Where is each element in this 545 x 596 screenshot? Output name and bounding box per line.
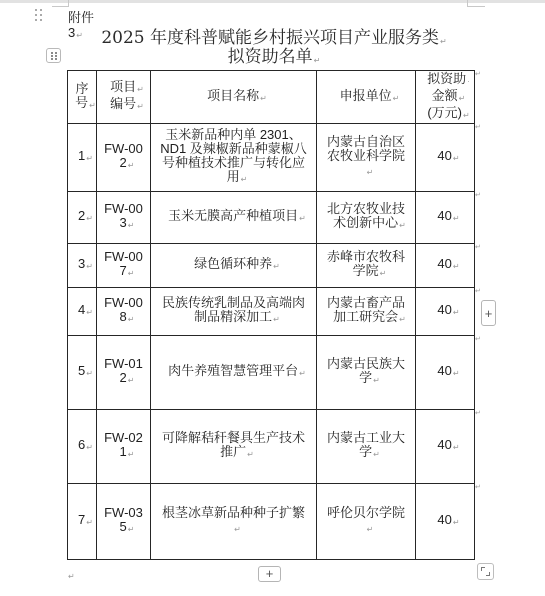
row-end-mark-icon: ↵ bbox=[475, 410, 481, 418]
table-row: 7↵ FW-035↵ 根茎冰草新品种种子扩繁↵ 呼伦贝尔学院↵ 40↵ bbox=[68, 484, 475, 560]
row-end-mark-icon: ↵ bbox=[475, 192, 481, 200]
row-end-mark-icon: ↵ bbox=[475, 484, 481, 492]
cell-name[interactable]: 可降解秸秆餐具生产技术推广↵ bbox=[151, 410, 317, 484]
cell-amount[interactable]: 40↵ bbox=[416, 192, 475, 244]
cell-seq[interactable]: 4↵ bbox=[68, 288, 97, 336]
table-row: 1↵ FW-002↵ 玉米新品种内单 2301、ND1 及辣椒新品种蒙椒八号种植… bbox=[68, 124, 475, 192]
paragraph-mark-icon: ↵ bbox=[373, 376, 380, 385]
paragraph-mark-icon: ↵ bbox=[128, 269, 135, 278]
cell-amount[interactable]: 40↵ bbox=[416, 410, 475, 484]
paragraph-mark-icon: ↵ bbox=[128, 315, 135, 324]
cell-seq[interactable]: 6↵ bbox=[68, 410, 97, 484]
cell-amount[interactable]: 40↵ bbox=[416, 484, 475, 560]
paragraph-mark-icon: ↵ bbox=[86, 308, 93, 317]
paragraph-mark-icon: ↵ bbox=[453, 369, 460, 378]
paragraph-mark-icon: ↵ bbox=[128, 221, 135, 230]
table-resize-handle-icon[interactable] bbox=[477, 563, 494, 580]
paragraph-mark-icon: ↵ bbox=[234, 525, 241, 534]
paragraph-mark-icon: ↵ bbox=[241, 175, 248, 184]
header-amount[interactable]: 拟资助·金额↵(万元)↵ bbox=[416, 71, 475, 124]
cell-amount[interactable]: 40↵ bbox=[416, 244, 475, 288]
cell-seq[interactable]: 7↵ bbox=[68, 484, 97, 560]
cell-unit[interactable]: 北方农牧业技术创新中心↵ bbox=[317, 192, 416, 244]
paragraph-mark-icon: ↵ bbox=[367, 168, 374, 177]
header-unit[interactable]: 申报单位↵ bbox=[317, 71, 416, 124]
paragraph-mark-icon: ↵ bbox=[273, 315, 280, 324]
paragraph-mark-icon: ↵ bbox=[273, 262, 280, 271]
paragraph-mark-icon: ↵ bbox=[453, 214, 460, 223]
cell-name[interactable]: 绿色循环种养↵ bbox=[151, 244, 317, 288]
cell-code[interactable]: FW-012↵ bbox=[97, 336, 151, 410]
table-row: 5↵ FW-012↵ 肉牛养殖智慧管理平台↵ 内蒙古民族大学↵ 40↵ bbox=[68, 336, 475, 410]
cell-code[interactable]: FW-002↵ bbox=[97, 124, 151, 192]
margin-corner-mark-left bbox=[52, 0, 69, 7]
paragraph-mark-icon: ↵ bbox=[399, 315, 406, 324]
cell-amount[interactable]: 40↵ bbox=[416, 336, 475, 410]
paragraph-mark-icon: ↵ bbox=[68, 572, 75, 581]
page-top-edge bbox=[0, 0, 545, 3]
title-text: 2025 年度科普赋能乡村振兴项目产业服务类 bbox=[101, 28, 439, 48]
plus-icon: + bbox=[266, 567, 274, 581]
paragraph-mark-icon: ↵ bbox=[399, 221, 406, 230]
paragraph-mark-icon: ↵ bbox=[373, 450, 380, 459]
cell-unit[interactable]: 内蒙古民族大学↵ bbox=[317, 336, 416, 410]
block-drag-handle-icon[interactable] bbox=[35, 9, 44, 23]
row-end-mark-icon: ↵ bbox=[475, 288, 481, 296]
paragraph-mark-icon: ↵ bbox=[128, 525, 135, 534]
table-row: 6↵ FW-021↵ 可降解秸秆餐具生产技术推广↵ 内蒙古工业大学↵ 40↵ bbox=[68, 410, 475, 484]
cell-seq[interactable]: 3↵ bbox=[68, 244, 97, 288]
paragraph-mark-icon: ↵ bbox=[453, 308, 460, 317]
add-row-button[interactable]: + bbox=[258, 566, 281, 582]
cell-seq[interactable]: 5↵ bbox=[68, 336, 97, 410]
space-mark-icon: · bbox=[467, 77, 470, 86]
table-row: 4↵ FW-008↵ 民族传统乳制品及高端肉制品精深加工↵ 内蒙古畜产品加工研究… bbox=[68, 288, 475, 336]
paragraph-mark-icon: ↵ bbox=[86, 262, 93, 271]
paragraph-mark-icon: ↵ bbox=[86, 369, 93, 378]
paragraph-mark-icon: ↵ bbox=[453, 262, 460, 271]
cell-amount[interactable]: 40↵ bbox=[416, 288, 475, 336]
paragraph-mark-icon: ↵ bbox=[260, 94, 267, 103]
paragraph-mark-icon: ↵ bbox=[137, 102, 144, 111]
paragraph-mark-icon: ↵ bbox=[453, 443, 460, 452]
paragraph-mark-icon: ↵ bbox=[393, 94, 400, 103]
cell-code[interactable]: FW-007↵ bbox=[97, 244, 151, 288]
cell-unit[interactable]: 赤峰市农牧科学院↵ bbox=[317, 244, 416, 288]
header-seq[interactable]: 序号↵ bbox=[68, 71, 97, 124]
table-row: 2↵ FW-003↵ 玉米无膜高产种植项目↵ 北方农牧业技术创新中心↵ 40↵ bbox=[68, 192, 475, 244]
cell-name[interactable]: 玉米新品种内单 2301、ND1 及辣椒新品种蒙椒八号种植技术推广与转化应用↵ bbox=[151, 124, 317, 192]
row-end-mark-icon: ↵ bbox=[475, 244, 481, 252]
paragraph-mark-icon: ↵ bbox=[86, 443, 93, 452]
cell-name[interactable]: 玉米无膜高产种植项目↵ bbox=[151, 192, 317, 244]
cell-unit[interactable]: 内蒙古畜产品加工研究会↵ bbox=[317, 288, 416, 336]
cell-amount[interactable]: 40↵ bbox=[416, 124, 475, 192]
table-row: 3↵ FW-007↵ 绿色循环种养↵ 赤峰市农牧科学院↵ 40↵ bbox=[68, 244, 475, 288]
cell-seq[interactable]: 2↵ bbox=[68, 192, 97, 244]
paragraph-mark-icon: ↵ bbox=[453, 154, 460, 163]
paragraph-mark-icon: ↵ bbox=[299, 369, 306, 378]
row-end-mark-icon: ↵ bbox=[475, 124, 481, 132]
paragraph-mark-icon: ↵ bbox=[128, 161, 135, 170]
cell-code[interactable]: FW-021↵ bbox=[97, 410, 151, 484]
row-end-mark-icon: ↵ bbox=[475, 336, 481, 344]
cell-name[interactable]: 民族传统乳制品及高端肉制品精深加工↵ bbox=[151, 288, 317, 336]
cell-unit[interactable]: 呼伦贝尔学院↵ bbox=[317, 484, 416, 560]
header-name[interactable]: 项目名称↵ bbox=[151, 71, 317, 124]
table-move-handle-icon[interactable] bbox=[46, 48, 61, 63]
cell-code[interactable]: FW-008↵ bbox=[97, 288, 151, 336]
header-code[interactable]: 项目↵编号↵ bbox=[97, 71, 151, 124]
paragraph-mark-icon: ↵ bbox=[453, 518, 460, 527]
document-title-line2: 拟资助名单↵ bbox=[67, 47, 474, 71]
plus-icon: + bbox=[485, 306, 493, 321]
row-end-mark-icon: ↵ bbox=[475, 71, 481, 79]
paragraph-mark-icon: ↵ bbox=[128, 376, 135, 385]
paragraph-mark-icon: ↵ bbox=[89, 101, 96, 110]
paragraph-mark-icon: ↵ bbox=[367, 525, 374, 534]
paragraph-mark-icon: ↵ bbox=[459, 94, 466, 103]
paragraph-mark-icon: ↵ bbox=[137, 85, 144, 94]
title-text: 拟资助名单 bbox=[228, 47, 313, 67]
paragraph-mark-icon: ↵ bbox=[380, 269, 387, 278]
cell-unit[interactable]: 内蒙古自治区农牧业科学院↵ bbox=[317, 124, 416, 192]
margin-corner-mark-right bbox=[467, 0, 485, 7]
cell-code[interactable]: FW-035↵ bbox=[97, 484, 151, 560]
paragraph-mark-icon: ↵ bbox=[86, 214, 93, 223]
paragraph-mark-icon: ↵ bbox=[128, 450, 135, 459]
paragraph-mark-icon: ↵ bbox=[247, 450, 254, 459]
cell-unit[interactable]: 内蒙古工业大学↵ bbox=[317, 410, 416, 484]
paragraph-mark-icon: ↵ bbox=[86, 154, 93, 163]
paragraph-mark-icon: ↵ bbox=[314, 56, 321, 65]
cell-name[interactable]: 根茎冰草新品种种子扩繁↵ bbox=[151, 484, 317, 560]
cell-code[interactable]: FW-003↵ bbox=[97, 192, 151, 244]
paragraph-mark-icon: ↵ bbox=[299, 214, 306, 223]
grant-list-table: 序号↵ 项目↵编号↵ 项目名称↵ 申报单位↵ 拟资助·金额↵(万元)↵ 1↵ F… bbox=[67, 70, 475, 560]
paragraph-mark-icon: ↵ bbox=[440, 37, 447, 46]
paragraph-mark-icon: ↵ bbox=[86, 518, 93, 527]
add-column-button[interactable]: + bbox=[481, 300, 496, 326]
cell-name[interactable]: 肉牛养殖智慧管理平台↵ bbox=[151, 336, 317, 410]
paragraph-mark-icon: ↵ bbox=[463, 111, 470, 120]
cell-seq[interactable]: 1↵ bbox=[68, 124, 97, 192]
table-header-row: 序号↵ 项目↵编号↵ 项目名称↵ 申报单位↵ 拟资助·金额↵(万元)↵ bbox=[68, 71, 475, 124]
